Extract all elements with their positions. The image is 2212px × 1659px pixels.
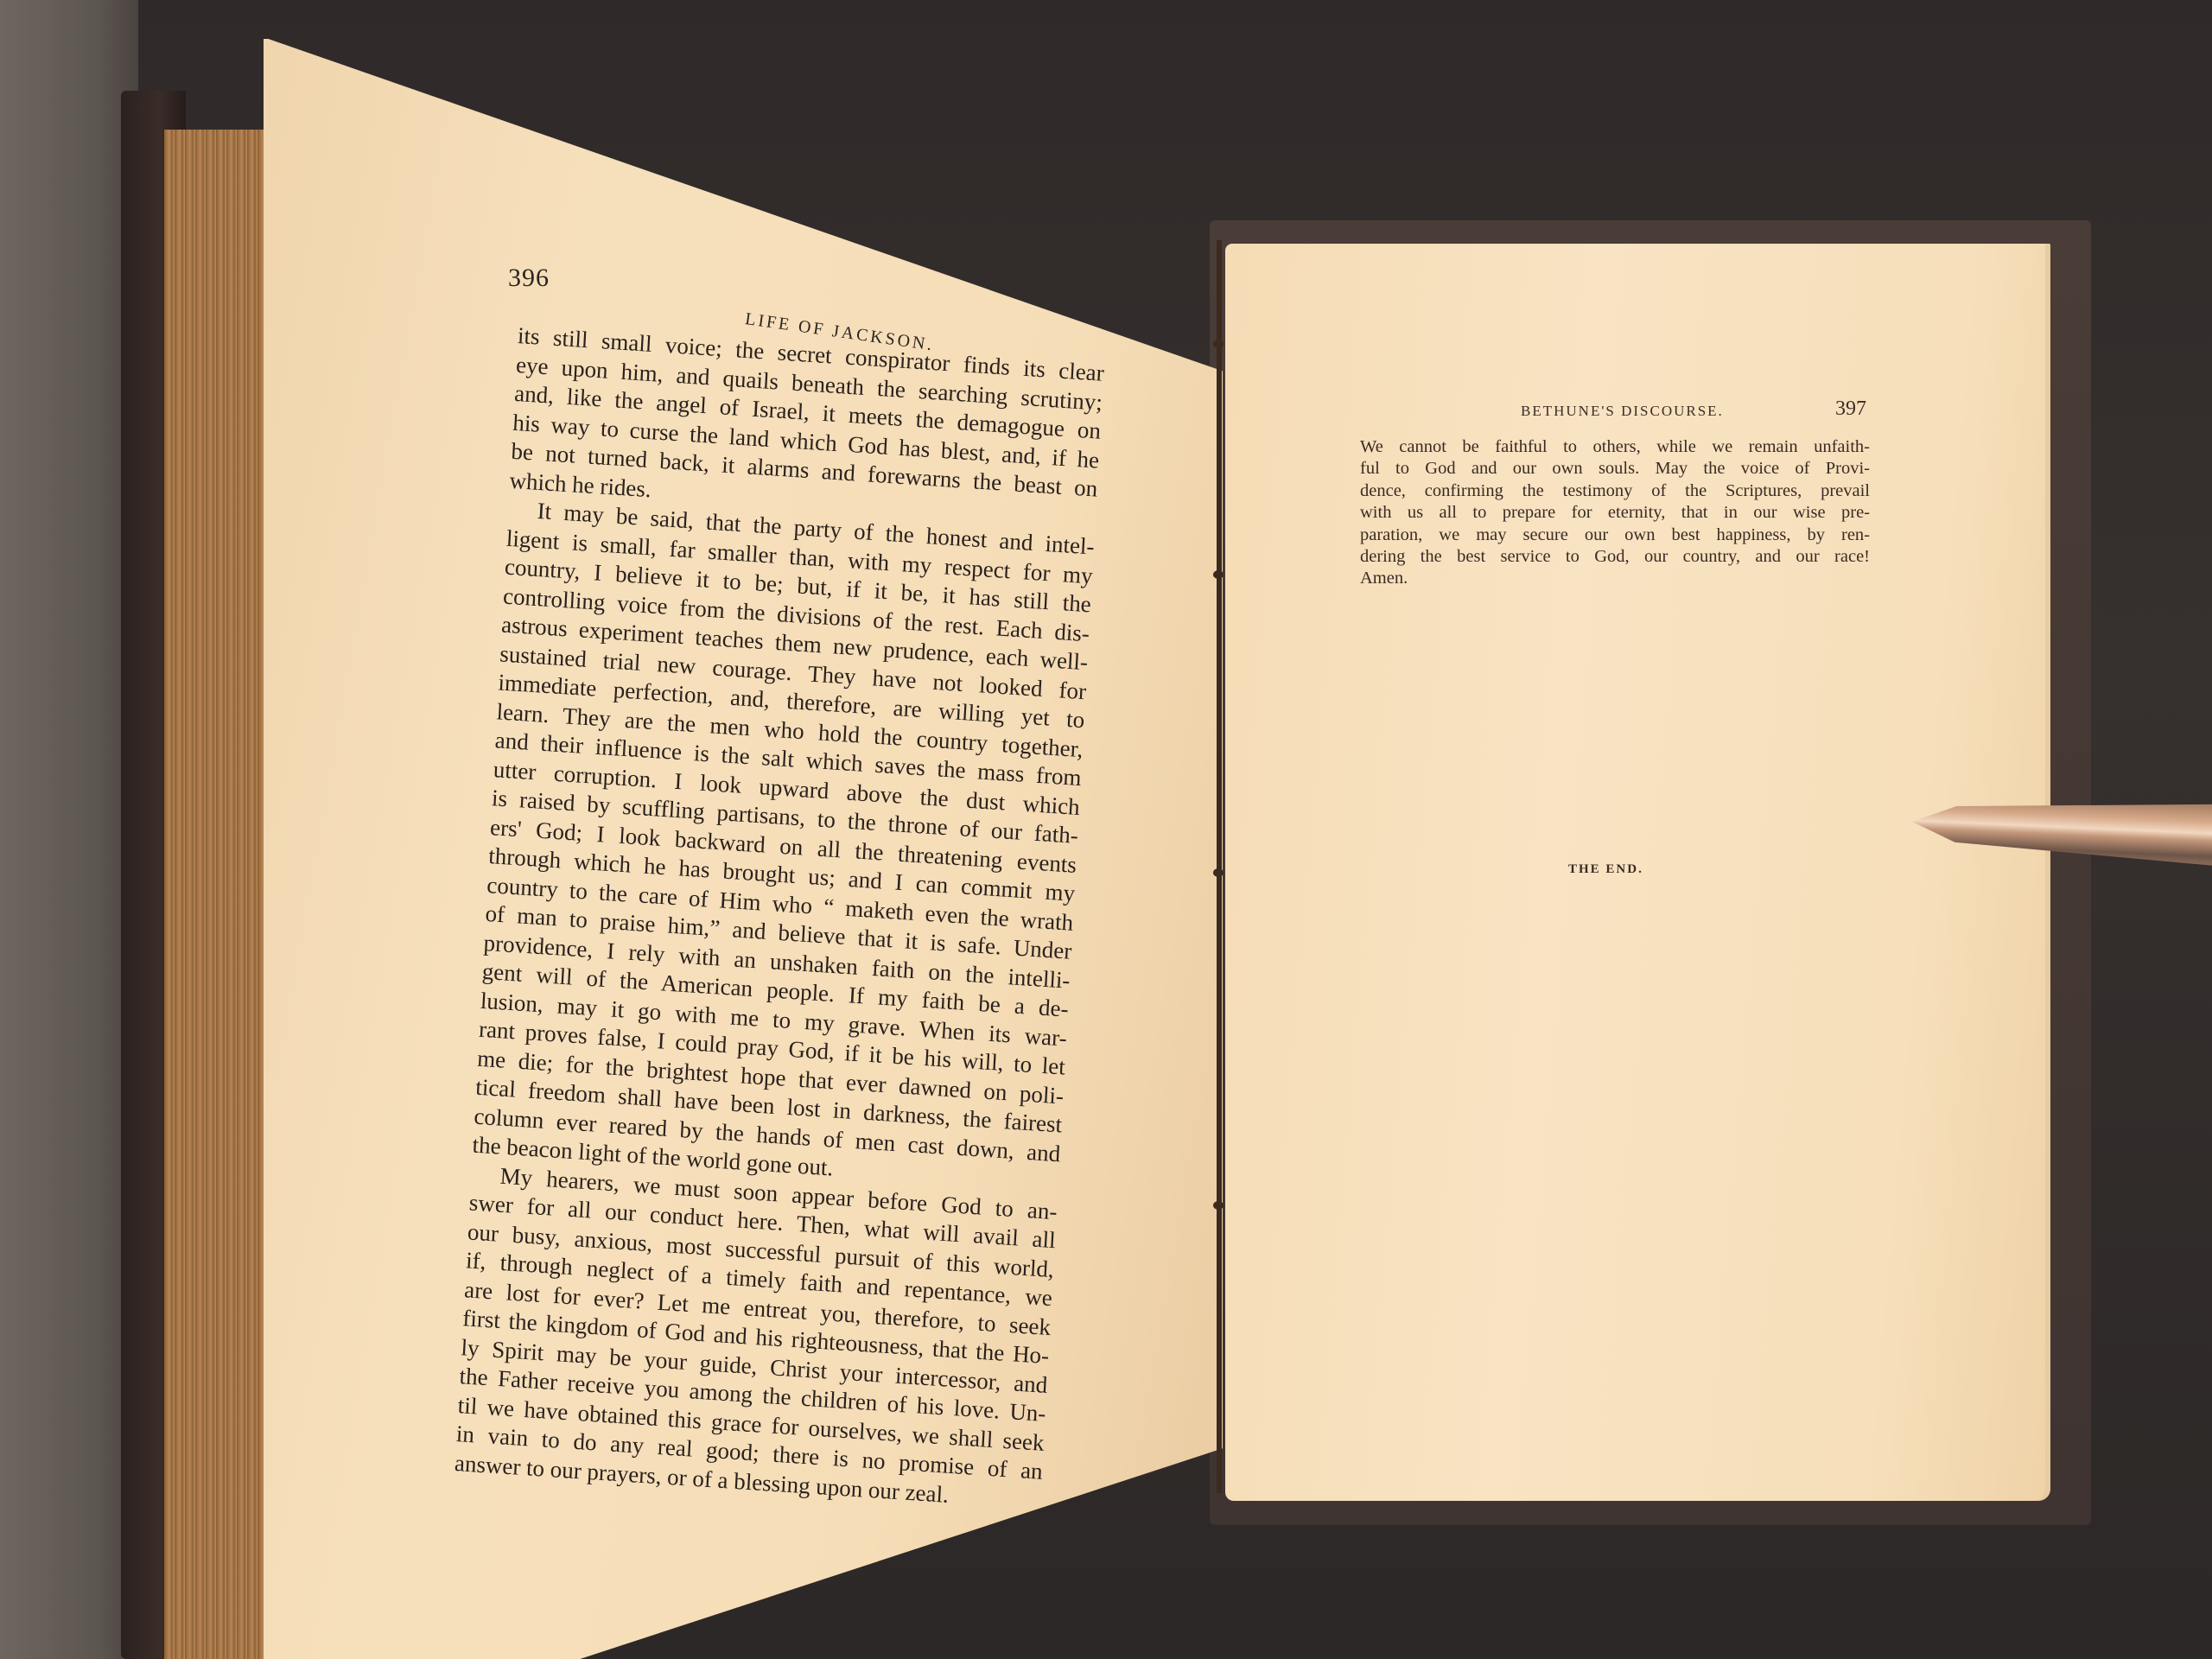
right-page-body: We cannot be faithful to others, while w… xyxy=(1360,436,1870,590)
text-line: Amen. xyxy=(1360,568,1870,589)
binding-stitch xyxy=(1213,340,1224,348)
left-folio: 396 xyxy=(508,264,550,293)
binding-stitch xyxy=(1213,868,1224,877)
text-line: with us all to prepare for eternity, tha… xyxy=(1360,502,1870,524)
background-left xyxy=(0,0,138,1659)
text-line: paration, we may secure our own best hap… xyxy=(1360,524,1870,546)
binding-stitch xyxy=(1213,570,1224,579)
binding-stitch xyxy=(1213,1201,1224,1210)
text-line: ful to God and our own souls. May the vo… xyxy=(1360,458,1870,480)
right-running-head: BETHUNE'S DISCOURSE. xyxy=(1521,403,1724,420)
left-page-body: its still small voice; the secret conspi… xyxy=(454,321,1104,1516)
book-gutter xyxy=(1217,240,1222,1493)
the-end-label: THE END. xyxy=(1568,862,1643,877)
text-line: dence, confirming the testimony of the S… xyxy=(1360,480,1870,502)
text-line: dering the best service to God, our coun… xyxy=(1360,546,1870,568)
right-folio: 397 xyxy=(1835,397,1866,421)
text-line: We cannot be faithful to others, while w… xyxy=(1360,436,1870,458)
